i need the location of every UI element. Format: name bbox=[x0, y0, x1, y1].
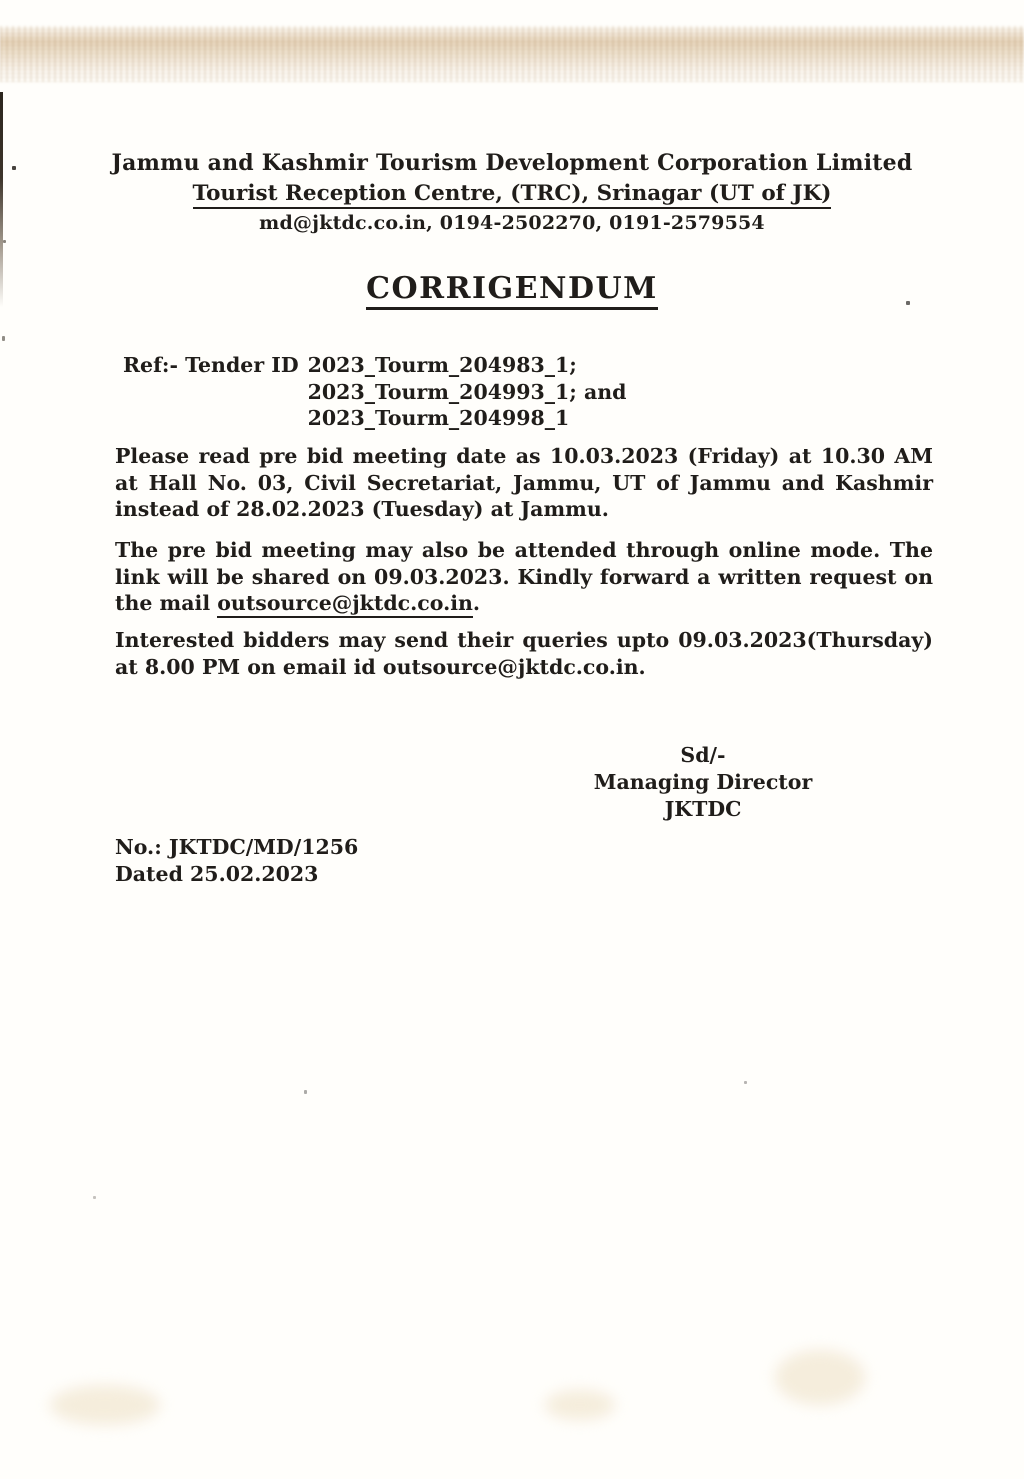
paragraph-online-mode-period: . bbox=[473, 591, 480, 615]
reference-block: Ref:- Tender ID 2023_Tourm_204983_1; 202… bbox=[123, 352, 627, 432]
document-title-text: CORRIGENDUM bbox=[366, 271, 658, 310]
scan-artifact-stain bbox=[545, 1390, 615, 1420]
contact-info-line: md@jktdc.co.in, 0194-2502270, 0191-25795… bbox=[0, 212, 1024, 234]
paragraph-queries: Interested bidders may send their querie… bbox=[115, 627, 933, 680]
reference-label: Ref:- Tender ID bbox=[123, 352, 299, 432]
paragraph-prebid-date-change: Please read pre bid meeting date as 10.0… bbox=[115, 443, 933, 523]
scan-artifact-stain bbox=[50, 1385, 160, 1425]
letter-date: Dated 25.02.2023 bbox=[115, 861, 358, 888]
paragraph-online-mode: The pre bid meeting may also be attended… bbox=[115, 537, 933, 617]
office-address-line: Tourist Reception Centre, (TRC), Srinaga… bbox=[0, 181, 1024, 206]
letterhead: Jammu and Kashmir Tourism Development Co… bbox=[0, 150, 1024, 234]
letter-number: No.: JKTDC/MD/1256 bbox=[115, 834, 358, 861]
tender-id-list: 2023_Tourm_204983_1; 2023_Tourm_204993_1… bbox=[308, 352, 627, 432]
scanned-corrigendum-page: Jammu and Kashmir Tourism Development Co… bbox=[0, 0, 1024, 1479]
office-address-text: Tourist Reception Centre, (TRC), Srinaga… bbox=[193, 181, 832, 209]
tender-id: 2023_Tourm_204983_1; bbox=[308, 352, 627, 379]
scan-artifact-stain bbox=[775, 1350, 865, 1405]
signature-block: Sd/- Managing Director JKTDC bbox=[553, 742, 853, 823]
organization-name: Jammu and Kashmir Tourism Development Co… bbox=[0, 150, 1024, 176]
scan-artifact-speck bbox=[744, 1081, 747, 1084]
signature-designation: Managing Director bbox=[553, 769, 853, 796]
footer-block: No.: JKTDC/MD/1256 Dated 25.02.2023 bbox=[115, 834, 358, 888]
scan-artifact-speck bbox=[2, 336, 5, 341]
signature-org: JKTDC bbox=[553, 796, 853, 823]
email-address: outsource@jktdc.co.in bbox=[217, 591, 473, 618]
document-title: CORRIGENDUM bbox=[0, 271, 1024, 306]
scan-artifact-speck bbox=[3, 240, 6, 243]
signature-sd: Sd/- bbox=[553, 742, 853, 769]
tender-id: 2023_Tourm_204993_1; and bbox=[308, 379, 627, 406]
scan-artifact-speck bbox=[304, 1090, 307, 1094]
tender-id: 2023_Tourm_204998_1 bbox=[308, 405, 627, 432]
scan-artifact-speck bbox=[93, 1196, 96, 1199]
scan-top-smudge bbox=[0, 26, 1024, 82]
